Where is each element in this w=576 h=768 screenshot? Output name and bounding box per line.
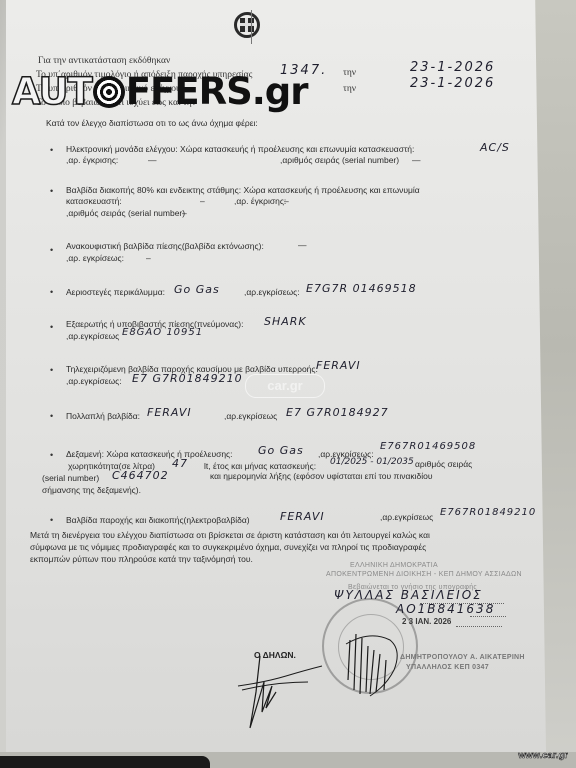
bullet-icon: •: [50, 186, 53, 196]
solenoid-valve-label: Βαλβίδα παροχής και διακοπής(ηλεκτροβαλβ…: [66, 515, 250, 526]
tank-capacity: 47: [172, 457, 188, 470]
cutoff-valve-approval: –: [284, 196, 289, 207]
watermark-brand-dark: FFERS.gr: [126, 70, 308, 113]
header-line-1: Για την αντικατάσταση εκδόθηκαν: [38, 56, 170, 67]
ecu-label: Ηλεκτρονική μονάδα ελέγχου: Χώρα κατασκε…: [66, 144, 414, 155]
watermark-brand-light: AUT: [12, 70, 92, 113]
stamp-header-1: ΕΛΛΗΝΙΚΗ ΔΗΜΟΚΡΑΤΙΑ: [350, 562, 438, 569]
cutoff-valve-manufacturer-label: κατασκευαστή:: [66, 196, 122, 207]
tank-manufacture-date: 01/2025 - 01/2035: [330, 457, 414, 467]
tank-serial-label: αριθμός σειράς: [415, 459, 472, 470]
gastight-housing-label: Αεριοστεγές περικάλυμμα:: [66, 287, 165, 298]
multivalve-manufacturer: FERAVI: [147, 406, 192, 419]
relief-valve-approval: –: [146, 253, 151, 264]
ecu-manufacturer: AC/S: [480, 141, 510, 154]
relief-valve-label: Ανακουφιστική βαλβίδα πίεσης(βαλβίδα εκτ…: [66, 241, 264, 252]
bullet-icon: •: [50, 450, 53, 460]
ecu-approval: —: [148, 155, 157, 166]
relief-valve-approval-label: ,αρ. εγκρίσεως:: [66, 253, 124, 264]
fuel-valve-approval-label: ,αρ.εγκρίσεως:: [66, 376, 122, 387]
tank-approval: E767R01469508: [380, 441, 476, 452]
ecu-serial: —: [412, 155, 421, 166]
fuel-valve-approval: E7 G7R01849210: [132, 372, 243, 385]
greek-emblem-icon: [234, 12, 260, 38]
relief-valve-value: —: [298, 240, 307, 251]
cutoff-valve-serial: –: [182, 208, 187, 219]
fuel-valve-manufacturer: FERAVI: [316, 359, 361, 372]
conclusion-line-1: Μετά τη διενέργεια του ελέγχου διαπίστωσ…: [30, 530, 430, 541]
tank-origin-label: Δεξαμενή: Χώρα κατασκευής ή προέλευσης:: [66, 449, 233, 460]
invoice-date: 23-1-2026: [410, 60, 495, 75]
cutoff-valve-manufacturer: –: [200, 196, 205, 207]
tank-serial-number: C464702: [112, 469, 169, 482]
certificate-date: 23-1-2026: [410, 76, 495, 91]
car-gr-faint-watermark: car.gr: [245, 374, 325, 398]
cutoff-valve-label: Βαλβίδα διακοπής 80% και ενδεικτης στάθμ…: [66, 185, 420, 196]
pressure-reducer-approval-label: ,αρ.εγκρίσεως: [66, 331, 119, 342]
bullet-icon: •: [50, 145, 53, 155]
intro-text: Κατά τον έλεγχο διαπίστωσα οτι το ως άνω…: [46, 118, 258, 129]
bullet-icon: •: [50, 515, 53, 525]
gastight-housing-manufacturer: Go Gas: [174, 283, 220, 296]
tank-serial-number-label: (serial number): [42, 473, 99, 484]
multivalve-label: Πολλαπλή βαλβίδα:: [66, 411, 140, 422]
solenoid-valve-approval-label: ,αρ.εγκρίσεως: [380, 512, 433, 523]
bullet-icon: •: [50, 322, 53, 332]
ecu-serial-label: ,αριθμός σειράς (serial number): [280, 155, 399, 166]
car-gr-credit: www.car.gr: [518, 750, 568, 760]
bullet-icon: •: [50, 411, 53, 421]
declarant-name: ΨΥΛΛΑΣ ΒΑΣΙΛΕΙΟΣ: [334, 588, 483, 602]
pressure-reducer-manufacturer: SHARK: [264, 315, 307, 328]
ecu-approval-label: ,αρ. έγκρισης:: [66, 155, 118, 166]
solenoid-valve-manufacturer: FERAVI: [280, 510, 325, 523]
invoice-date-label: την: [343, 68, 356, 79]
certificate-date-label: την: [343, 84, 356, 95]
cutoff-valve-approval-label: ,αρ. έγκρισης:: [234, 196, 286, 207]
cutoff-valve-serial-label: ,αριθμός σειράς (serial number): [66, 208, 185, 219]
bullet-icon: •: [50, 287, 53, 297]
multivalve-approval: E7 G7R0184927: [286, 406, 389, 419]
target-logo-icon: [93, 76, 125, 108]
bullet-icon: •: [50, 245, 53, 255]
dotted-line: [456, 626, 502, 627]
stamp-date: 2 3 ΙΑΝ. 2026: [402, 616, 451, 627]
conclusion-line-2: σύμφωνα με τις νόμιμες προδιαγραφές και …: [30, 542, 426, 553]
desk-edge: [0, 752, 576, 768]
emblem-divider: [251, 10, 252, 44]
multivalve-approval-label: ,αρ.εγκρίσεως: [224, 411, 277, 422]
dotted-line: [470, 616, 506, 617]
gastight-housing-approval-label: ,αρ.εγκρίσεως:: [244, 287, 300, 298]
tank-expiry-label-cont: σήμανσης της δεξαμενής).: [42, 485, 141, 496]
autoffers-watermark: AUTFFERS.gr: [12, 72, 308, 112]
solenoid-valve-approval: E767R01849210: [440, 507, 536, 518]
gastight-housing-approval: E7G7R 01469518: [306, 282, 417, 295]
pressure-reducer-approval: E8GAO 10951: [122, 327, 203, 338]
stamp-header-2: ΑΠΟΚΕΝΤΡΩΜΕΝΗ ΔΙΟΙΚΗΣΗ - ΚΕΠ ΔΗΜΟΥ ΑΣΣΙΑ…: [326, 571, 522, 578]
bullet-icon: •: [50, 365, 53, 375]
dark-object: [0, 756, 210, 768]
declarant-id-number: AO1B841638: [396, 602, 495, 616]
conclusion-line-3: εκπομπών ρύπων που πληρούσε κατά την ταξ…: [30, 554, 253, 565]
tank-manufacturer: Go Gas: [258, 444, 304, 457]
tank-expiry-label: και ημερομηνία λήξης (εφόσον υφίσταται ε…: [210, 471, 433, 482]
